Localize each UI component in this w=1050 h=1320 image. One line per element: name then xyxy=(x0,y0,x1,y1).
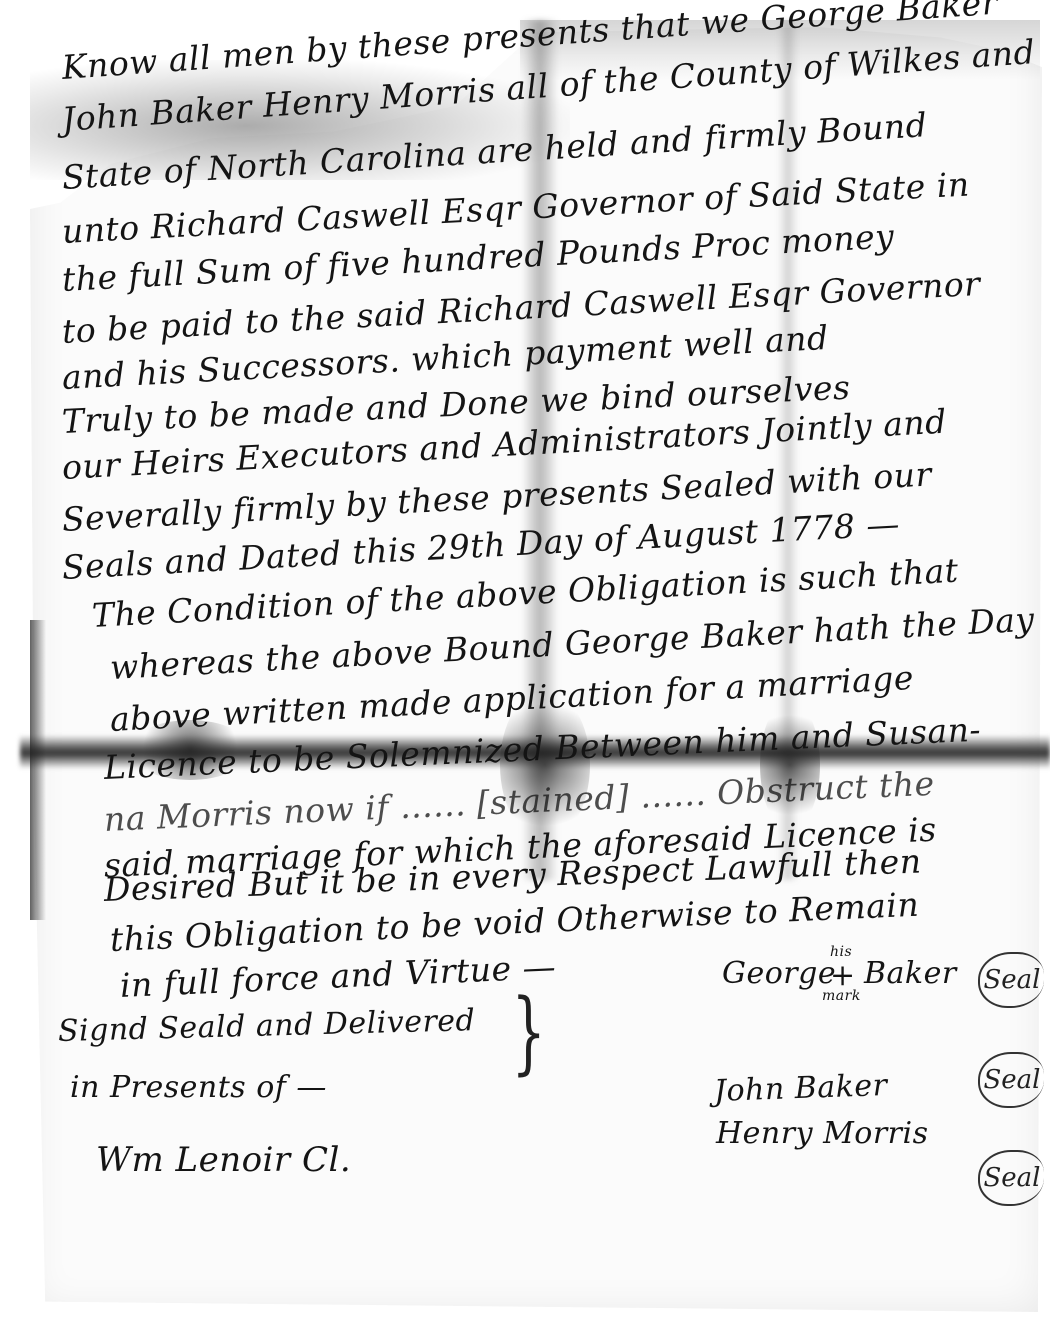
signature-name: Henry Morris xyxy=(716,1116,929,1151)
seal-icon: Seal xyxy=(978,1150,1044,1206)
seal-icon: Seal xyxy=(978,952,1044,1008)
signature-first-name: George xyxy=(722,956,836,991)
seal-icon: Seal xyxy=(978,1052,1044,1108)
signature-last-name: Baker xyxy=(864,956,957,991)
witness-line-in-presents: in Presents of — xyxy=(70,1070,327,1105)
witness-signature: Wm Lenoir Cl. xyxy=(96,1140,351,1180)
brace-glyph: } xyxy=(511,980,545,1085)
mark-label-mark: mark xyxy=(822,988,861,1004)
edge-stain-left xyxy=(30,620,46,920)
signature-name: John Baker xyxy=(713,1068,888,1109)
